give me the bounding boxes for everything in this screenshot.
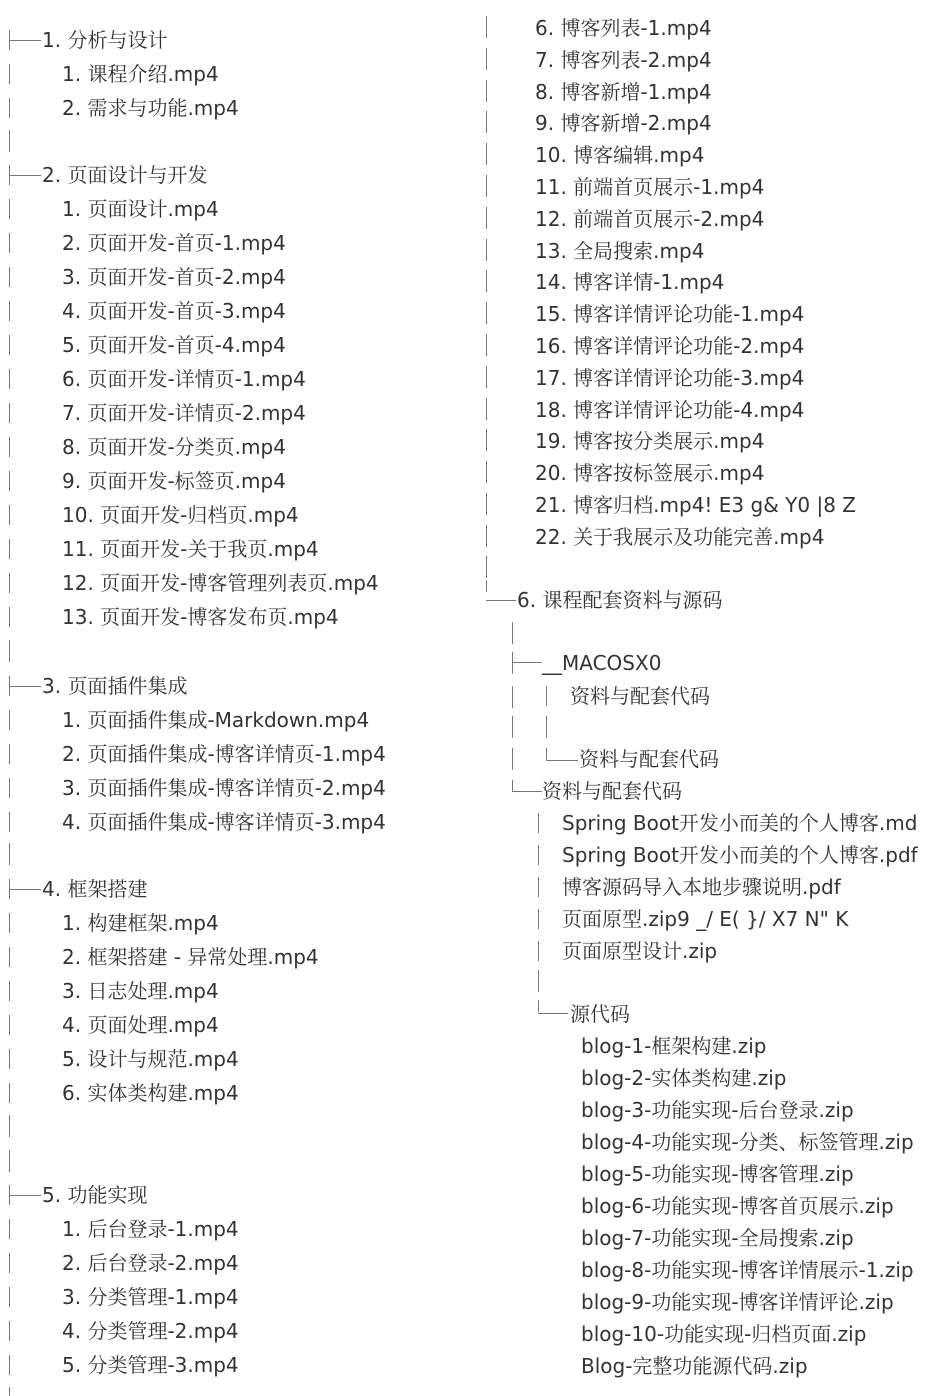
- file-item[interactable]: 19. 博客按分类展示.mp4: [535, 429, 764, 453]
- tree-vertical-line: [538, 813, 539, 833]
- tree-branch-line: [512, 791, 542, 792]
- file-item[interactable]: 4. 分类管理-2.mp4: [62, 1319, 239, 1343]
- tree-vertical-line: [538, 941, 539, 961]
- file-item[interactable]: 3. 分类管理-1.mp4: [62, 1285, 239, 1309]
- folder-label[interactable]: 资料与配套代码: [579, 747, 719, 771]
- tree-vertical-line: [9, 607, 10, 627]
- tree-branch-line: [9, 686, 41, 687]
- folder-label[interactable]: 5. 功能实现: [42, 1183, 147, 1207]
- file-item[interactable]: 8. 页面开发-分类页.mp4: [62, 435, 286, 459]
- file-item[interactable]: 5. 分类管理-3.mp4: [62, 1353, 239, 1377]
- file-item[interactable]: 5. 页面开发-首页-4.mp4: [62, 333, 286, 357]
- tree-vertical-line: [9, 301, 10, 321]
- tree-vertical-line: [486, 334, 487, 356]
- tree-vertical-line: [9, 505, 10, 525]
- tree-vertical-line: [9, 199, 10, 219]
- file-item[interactable]: 1. 构建框架.mp4: [62, 911, 219, 935]
- file-item[interactable]: Spring Boot开发小而美的个人博客.pdf: [562, 843, 918, 867]
- tree-vertical-line: [9, 1321, 10, 1341]
- tree-vertical-line: [546, 716, 547, 738]
- file-item[interactable]: 7. 博客列表-2.mp4: [535, 48, 712, 72]
- tree-vertical-line: [9, 981, 10, 1001]
- tree-vertical-line: [486, 525, 487, 547]
- file-item[interactable]: 1. 课程介绍.mp4: [62, 62, 219, 86]
- file-item[interactable]: 2. 页面开发-首页-1.mp4: [62, 231, 286, 255]
- tree-vertical-line: [486, 207, 487, 229]
- tree-vertical-line: [9, 1387, 10, 1396]
- file-item[interactable]: blog-9-功能实现-博客详情评论.zip: [581, 1290, 894, 1314]
- folder-label[interactable]: 1. 分析与设计: [42, 28, 167, 52]
- tree-vertical-line: [512, 748, 513, 770]
- file-item[interactable]: 6. 博客列表-1.mp4: [535, 16, 712, 40]
- file-item[interactable]: 4. 页面处理.mp4: [62, 1013, 219, 1037]
- tree-vertical-line: [538, 845, 539, 865]
- tree-vertical-line: [9, 403, 10, 423]
- file-item[interactable]: 3. 日志处理.mp4: [62, 979, 219, 1003]
- tree-vertical-line: [538, 1000, 539, 1012]
- file-item[interactable]: blog-8-功能实现-博客详情展示-1.zip: [581, 1258, 914, 1282]
- tree-vertical-line: [512, 652, 513, 674]
- file-item[interactable]: 16. 博客详情评论功能-2.mp4: [535, 334, 804, 358]
- folder-label[interactable]: 资料与配套代码: [542, 779, 682, 803]
- tree-vertical-line: [486, 366, 487, 388]
- tree-vertical-line: [9, 539, 10, 559]
- file-item[interactable]: 12. 页面开发-博客管理列表页.mp4: [62, 571, 379, 595]
- file-item[interactable]: 15. 博客详情评论功能-1.mp4: [535, 302, 804, 326]
- tree-branch-line: [9, 175, 41, 176]
- file-item[interactable]: 9. 博客新增-2.mp4: [535, 111, 712, 135]
- tree-vertical-line: [9, 471, 10, 491]
- tree-vertical-line: [9, 1253, 10, 1273]
- file-item[interactable]: 8. 博客新增-1.mp4: [535, 80, 712, 104]
- file-item[interactable]: 2. 需求与功能.mp4: [62, 96, 239, 120]
- file-item[interactable]: 4. 页面插件集成-博客详情页-3.mp4: [62, 810, 386, 834]
- file-item[interactable]: 2. 后台登录-2.mp4: [62, 1251, 239, 1275]
- file-item[interactable]: 3. 页面插件集成-博客详情页-2.mp4: [62, 776, 386, 800]
- file-item[interactable]: 7. 页面开发-详情页-2.mp4: [62, 401, 306, 425]
- tree-vertical-line: [486, 493, 487, 515]
- tree-vertical-line: [486, 111, 487, 133]
- file-item[interactable]: blog-3-功能实现-后台登录.zip: [581, 1098, 854, 1122]
- file-item[interactable]: 20. 博客按标签展示.mp4: [535, 461, 764, 485]
- file-item[interactable]: blog-5-功能实现-博客管理.zip: [581, 1162, 854, 1186]
- tree-branch-line: [512, 662, 542, 663]
- file-item[interactable]: blog-4-功能实现-分类、标签管理.zip: [581, 1130, 914, 1154]
- tree-vertical-line: [486, 429, 487, 451]
- file-item[interactable]: 1. 页面设计.mp4: [62, 197, 219, 221]
- tree-branch-line: [9, 889, 41, 890]
- tree-vertical-line: [9, 710, 10, 730]
- file-item[interactable]: 6. 实体类构建.mp4: [62, 1081, 239, 1105]
- tree-vertical-line: [512, 686, 513, 708]
- tree-vertical-line: [9, 1115, 10, 1137]
- folder-label[interactable]: 资料与配套代码: [570, 684, 710, 708]
- tree-vertical-line: [9, 1219, 10, 1239]
- file-item[interactable]: 页面原型设计.zip: [562, 939, 717, 963]
- tree-vertical-line: [486, 80, 487, 102]
- tree-vertical-line: [486, 398, 487, 420]
- tree-vertical-line: [512, 622, 513, 644]
- tree-vertical-line: [9, 1355, 10, 1375]
- file-item[interactable]: blog-6-功能实现-博客首页展示.zip: [581, 1194, 894, 1218]
- file-item[interactable]: 1. 后台登录-1.mp4: [62, 1217, 239, 1241]
- file-item[interactable]: 9. 页面开发-标签页.mp4: [62, 469, 286, 493]
- file-item[interactable]: blog-7-功能实现-全局搜索.zip: [581, 1226, 854, 1250]
- folder-label[interactable]: 4. 框架搭建: [42, 877, 147, 901]
- file-item[interactable]: 18. 博客详情评论功能-4.mp4: [535, 398, 804, 422]
- tree-vertical-line: [486, 143, 487, 165]
- file-item[interactable]: 5. 设计与规范.mp4: [62, 1047, 239, 1071]
- tree-vertical-line: [486, 580, 487, 592]
- tree-vertical-line: [512, 716, 513, 738]
- tree-branch-line: [9, 1195, 41, 1196]
- file-item[interactable]: 2. 框架搭建 - 异常处理.mp4: [62, 945, 319, 969]
- tree-vertical-line: [486, 48, 487, 70]
- tree-vertical-line: [486, 556, 487, 578]
- tree-vertical-line: [486, 270, 487, 292]
- tree-branch-line: [546, 760, 578, 761]
- tree-vertical-line: [538, 877, 539, 897]
- tree-vertical-line: [9, 1150, 10, 1172]
- folder-label[interactable]: 2. 页面设计与开发: [42, 163, 207, 187]
- tree-vertical-line: [9, 1015, 10, 1035]
- file-item[interactable]: 11. 前端首页展示-1.mp4: [535, 175, 764, 199]
- tree-vertical-line: [9, 947, 10, 967]
- file-item[interactable]: Spring Boot开发小而美的个人博客.md: [562, 811, 917, 835]
- tree-vertical-line: [9, 1287, 10, 1307]
- tree-vertical-line: [9, 437, 10, 457]
- tree-vertical-line: [9, 573, 10, 593]
- file-item[interactable]: 1. 页面插件集成-Markdown.mp4: [62, 708, 369, 732]
- file-item[interactable]: blog-2-实体类构建.zip: [581, 1066, 786, 1090]
- folder-label[interactable]: 6. 课程配套资料与源码: [517, 588, 722, 612]
- tree-vertical-line: [9, 1049, 10, 1069]
- file-item[interactable]: 6. 页面开发-详情页-1.mp4: [62, 367, 306, 391]
- tree-vertical-line: [9, 335, 10, 355]
- folder-label[interactable]: __MACOSX0: [542, 651, 661, 675]
- file-item[interactable]: 13. 全局搜索.mp4: [535, 239, 704, 263]
- tree-branch-line: [538, 1013, 568, 1014]
- tree-vertical-line: [9, 640, 10, 662]
- tree-vertical-line: [9, 233, 10, 253]
- tree-vertical-line: [486, 461, 487, 483]
- file-item[interactable]: 10. 博客编辑.mp4: [535, 143, 704, 167]
- tree-vertical-line: [538, 970, 539, 992]
- tree-vertical-line: [9, 812, 10, 832]
- tree-vertical-line: [9, 1083, 10, 1103]
- tree-branch-line: [9, 40, 41, 41]
- file-item[interactable]: 17. 博客详情评论功能-3.mp4: [535, 366, 804, 390]
- file-item[interactable]: 10. 页面开发-归档页.mp4: [62, 503, 299, 527]
- file-item[interactable]: 21. 博客归档.mp4! E3 g& Y0 |8 Z: [535, 493, 856, 517]
- folder-label[interactable]: 源代码: [570, 1002, 630, 1026]
- tree-vertical-line: [9, 98, 10, 118]
- tree-vertical-line: [9, 843, 10, 865]
- tree-vertical-line: [9, 778, 10, 798]
- file-item[interactable]: blog-1-框架构建.zip: [581, 1034, 766, 1058]
- file-item[interactable]: 22. 关于我展示及功能完善.mp4: [535, 525, 824, 549]
- file-item[interactable]: 12. 前端首页展示-2.mp4: [535, 207, 764, 231]
- tree-vertical-line: [546, 686, 547, 706]
- file-item[interactable]: 4. 页面开发-首页-3.mp4: [62, 299, 286, 323]
- tree-vertical-line: [9, 130, 10, 152]
- tree-vertical-line: [486, 16, 487, 38]
- tree-vertical-line: [486, 239, 487, 261]
- file-item[interactable]: 页面原型.zip9 _/ E( }/ X7 N" K: [562, 907, 848, 931]
- tree-vertical-line: [9, 369, 10, 389]
- tree-vertical-line: [538, 909, 539, 929]
- tree-vertical-line: [486, 175, 487, 197]
- tree-vertical-line: [9, 64, 10, 84]
- file-item[interactable]: blog-10-功能实现-归档页面.zip: [581, 1322, 866, 1346]
- file-item[interactable]: 11. 页面开发-关于我页.mp4: [62, 537, 319, 561]
- file-item[interactable]: 2. 页面插件集成-博客详情页-1.mp4: [62, 742, 386, 766]
- file-item[interactable]: 14. 博客详情-1.mp4: [535, 270, 724, 294]
- tree-vertical-line: [9, 744, 10, 764]
- tree-vertical-line: [546, 748, 547, 760]
- file-item[interactable]: 13. 页面开发-博客发布页.mp4: [62, 605, 339, 629]
- file-item[interactable]: Blog-完整功能源代码.zip: [581, 1354, 808, 1378]
- tree-branch-line: [486, 600, 516, 601]
- file-item[interactable]: 博客源码导入本地步骤说明.pdf: [562, 875, 841, 899]
- folder-label[interactable]: 3. 页面插件集成: [42, 674, 187, 698]
- tree-vertical-line: [9, 913, 10, 933]
- tree-vertical-line: [486, 302, 487, 324]
- file-item[interactable]: 3. 页面开发-首页-2.mp4: [62, 265, 286, 289]
- tree-vertical-line: [9, 267, 10, 287]
